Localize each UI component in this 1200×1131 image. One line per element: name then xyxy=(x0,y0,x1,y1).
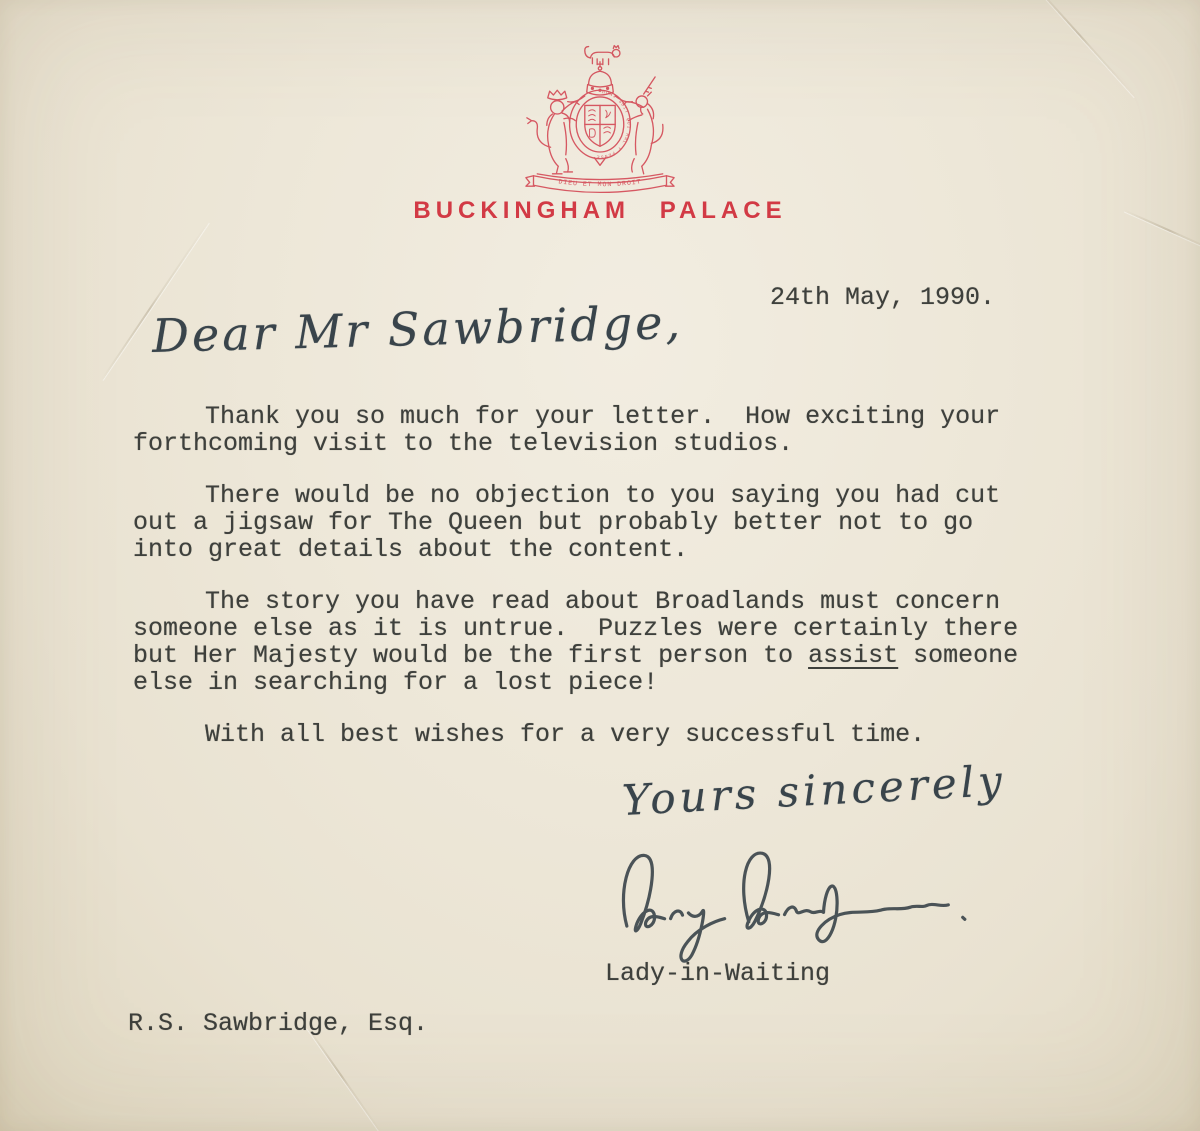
typed-text: With all best wishes for a very successf… xyxy=(205,720,925,749)
typed-line: There would be no objection to you sayin… xyxy=(133,482,1033,509)
letter-page: HONI SOIT QUI MAL Y PENSE DIEU ET MON DR… xyxy=(0,0,1200,1131)
typed-text: out a jigsaw for The Queen but probably … xyxy=(133,508,973,537)
valediction-handwritten: Yours sincerely xyxy=(621,756,1007,825)
typed-text: There would be no objection to you sayin… xyxy=(205,481,1000,510)
paper-crease xyxy=(307,1027,383,1131)
recipient-name: R.S. Sawbridge, Esq. xyxy=(128,1010,428,1037)
paragraph: Thank you so much for your letter. How e… xyxy=(133,403,1033,457)
typed-text: but Her Majesty would be the first perso… xyxy=(133,641,808,670)
typed-text: else in searching for a lost piece! xyxy=(133,668,658,697)
typed-line: With all best wishes for a very successf… xyxy=(133,721,1033,748)
letter-date: 24th May, 1990. xyxy=(770,284,995,311)
letter-body: Thank you so much for your letter. How e… xyxy=(133,403,1033,748)
paragraph: There would be no objection to you sayin… xyxy=(133,482,1033,563)
typed-text: into great details about the content. xyxy=(133,535,688,564)
salutation-handwritten: Dear Mr Sawbridge, xyxy=(151,295,683,363)
paper-crease xyxy=(1034,0,1136,97)
underlined-word: assist xyxy=(808,641,898,670)
typed-line: someone else as it is untrue. Puzzles we… xyxy=(133,615,1033,642)
signature-scrawl xyxy=(594,817,1009,981)
letterhead-title: BUCKINGHAM PALACE xyxy=(0,197,1200,225)
typed-line: forthcoming visit to the television stud… xyxy=(133,430,1033,457)
typed-line: out a jigsaw for The Queen but probably … xyxy=(133,509,1033,536)
typed-line: else in searching for a lost piece! xyxy=(133,669,1033,696)
royal-crest-icon: HONI SOIT QUI MAL Y PENSE DIEU ET MON DR… xyxy=(505,32,695,196)
paragraph: The story you have read about Broadlands… xyxy=(133,588,1033,696)
typed-line: into great details about the content. xyxy=(133,536,1033,563)
signer-title: Lady-in-Waiting xyxy=(605,960,830,987)
typed-text: someone else as it is untrue. Puzzles we… xyxy=(133,614,1018,643)
typed-text: forthcoming visit to the television stud… xyxy=(133,429,793,458)
typed-text: someone xyxy=(898,641,1018,670)
typed-line: The story you have read about Broadlands… xyxy=(133,588,1033,615)
typed-text: The story you have read about Broadlands… xyxy=(205,587,1000,616)
paragraph: With all best wishes for a very successf… xyxy=(133,721,1033,748)
typed-line: Thank you so much for your letter. How e… xyxy=(133,403,1033,430)
typed-line: but Her Majesty would be the first perso… xyxy=(133,642,1033,669)
typed-text: Thank you so much for your letter. How e… xyxy=(205,402,1000,431)
